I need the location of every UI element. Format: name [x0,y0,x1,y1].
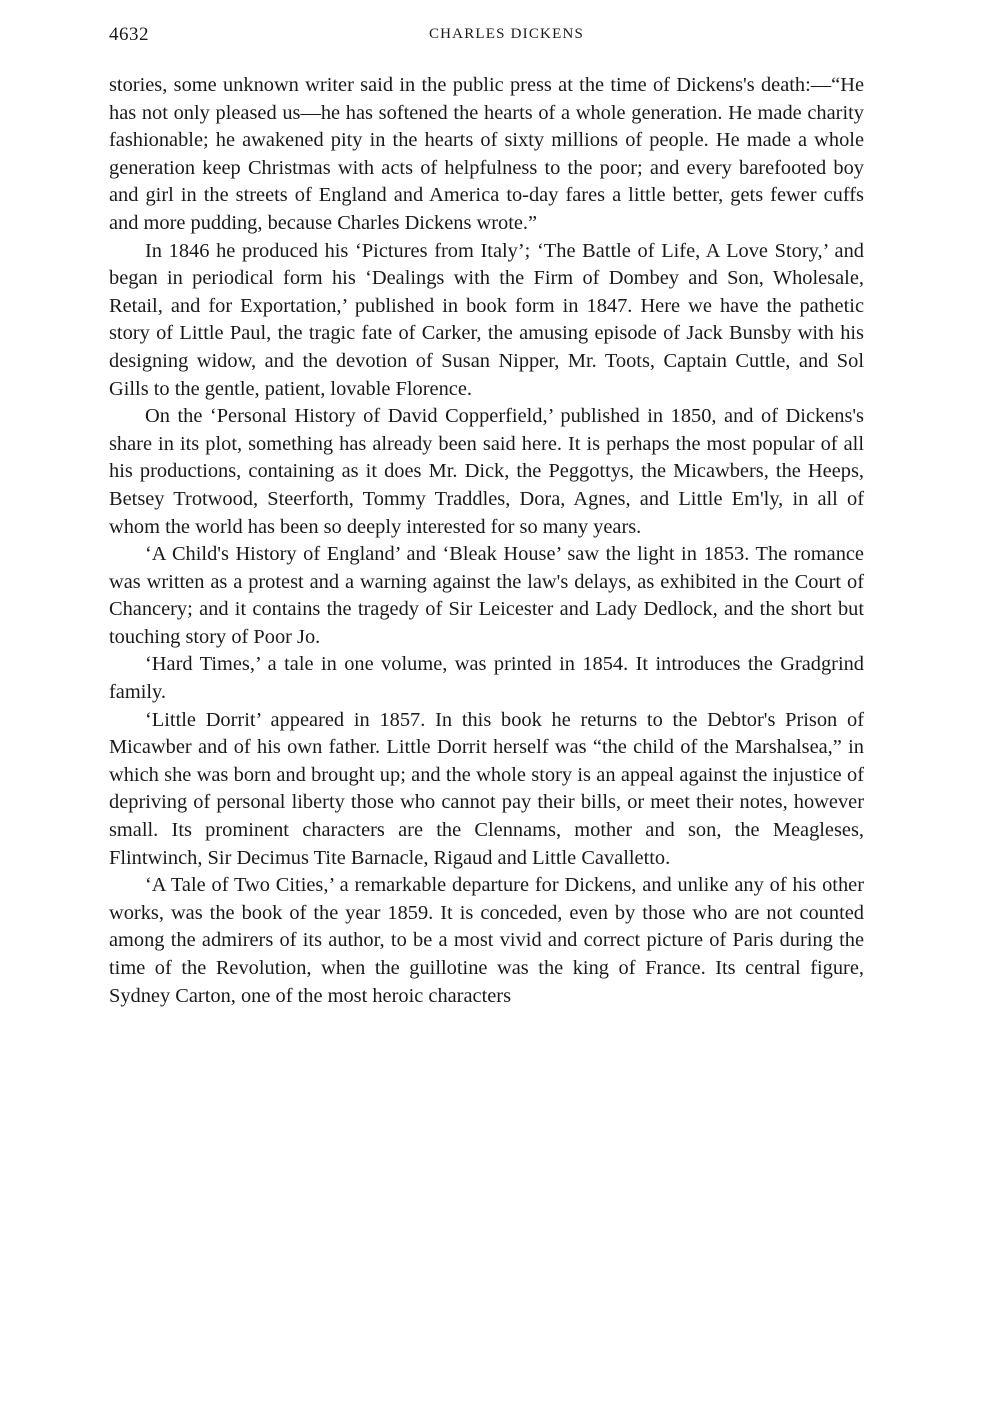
paragraph-continuation-quote: stories, some unknown writer said in the… [109,72,864,238]
running-title: CHARLES DICKENS [109,26,864,43]
page-header: 4632 CHARLES DICKENS [109,0,864,48]
paragraph-dombey-and-son: In 1846 he produced his ‘Pictures from I… [109,238,864,404]
book-page: 4632 CHARLES DICKENS stories, some unkno… [109,0,864,48]
paragraph-tale-of-two-cities: ‘A Tale of Two Cities,’ a remarkable dep… [109,872,864,1010]
paragraph-david-copperfield: On the ‘Personal History of David Copper… [109,403,864,541]
paragraph-hard-times: ‘Hard Times,’ a tale in one volume, was … [109,651,864,706]
paragraph-bleak-house: ‘A Child's History of England’ and ‘Blea… [109,541,864,651]
paragraph-little-dorrit: ‘Little Dorrit’ appeared in 1857. In thi… [109,707,864,873]
body-text: stories, some unknown writer said in the… [109,72,864,1010]
